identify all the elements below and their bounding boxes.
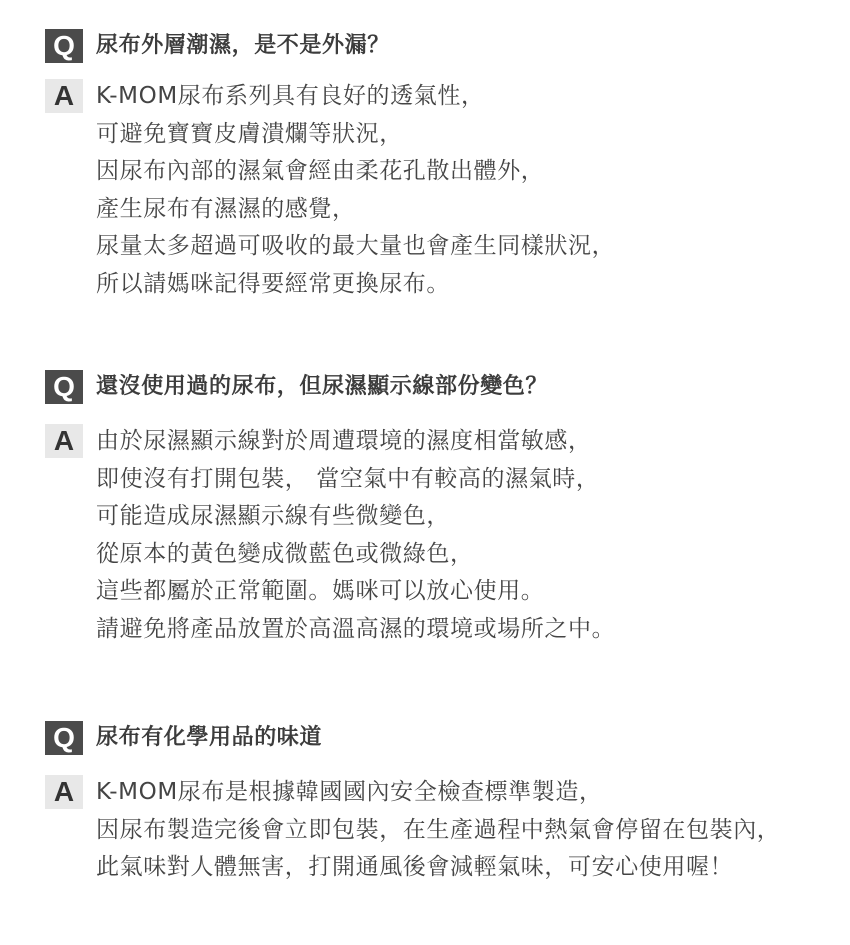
answer-line: 可能造成尿濕顯示線有些微變色， xyxy=(96,499,615,537)
answer-line: 即使沒有打開包裝， 當空氣中有較高的濕氣時， xyxy=(96,462,615,500)
answer-line: K-MOM尿布系列具有良好的透氣性， xyxy=(96,79,615,117)
a-badge: A xyxy=(45,79,83,113)
question-text: 尿布有化學用品的味道 xyxy=(96,721,322,755)
q-badge: Q xyxy=(45,370,83,404)
answer-line: K-MOM尿布是根據韓國國內安全檢查標準製造， xyxy=(96,775,780,813)
answer-text: K-MOM尿布系列具有良好的透氣性， 可避免寶寶皮膚潰爛等狀況， 因尿布內部的濕… xyxy=(96,79,615,304)
answer-line: 這些都屬於正常範圍。媽咪可以放心使用。 xyxy=(96,574,615,612)
answer-line: 可避免寶寶皮膚潰爛等狀況， xyxy=(96,117,615,155)
answer-line: 尿量太多超過可吸收的最大量也會產生同樣狀況， xyxy=(96,229,615,267)
answer-line: 產生尿布有濕濕的感覺， xyxy=(96,192,615,230)
q-badge: Q xyxy=(45,721,83,755)
answer-line: 由於尿濕顯示線對於周遭環境的濕度相當敏感， xyxy=(96,424,615,462)
a-badge: A xyxy=(45,775,83,809)
a-badge: A xyxy=(45,424,83,458)
answer-line: 請避免將產品放置於高溫高濕的環境或場所之中。 xyxy=(96,612,615,650)
q-badge: Q xyxy=(45,29,83,63)
question-text: 還沒使用過的尿布，但尿濕顯示線部份變色？ xyxy=(96,370,548,404)
answer-line: 此氣味對人體無害，打開通風後會減輕氣味，可安心使用喔！ xyxy=(96,850,780,888)
answer-line: 因尿布製造完後會立即包裝，在生產過程中熱氣會停留在包裝內， xyxy=(96,813,780,851)
answer-text: K-MOM尿布是根據韓國國內安全檢查標準製造， 因尿布製造完後會立即包裝，在生產… xyxy=(96,775,780,888)
answer-line: 因尿布內部的濕氣會經由柔花孔散出體外， xyxy=(96,154,615,192)
answer-text: 由於尿濕顯示線對於周遭環境的濕度相當敏感， 即使沒有打開包裝， 當空氣中有較高的… xyxy=(96,424,615,649)
answer-line: 從原本的黃色變成微藍色或微綠色， xyxy=(96,537,615,575)
answer-line: 所以請媽咪記得要經常更換尿布。 xyxy=(96,267,615,305)
question-text: 尿布外層潮濕，是不是外漏？ xyxy=(96,29,390,63)
